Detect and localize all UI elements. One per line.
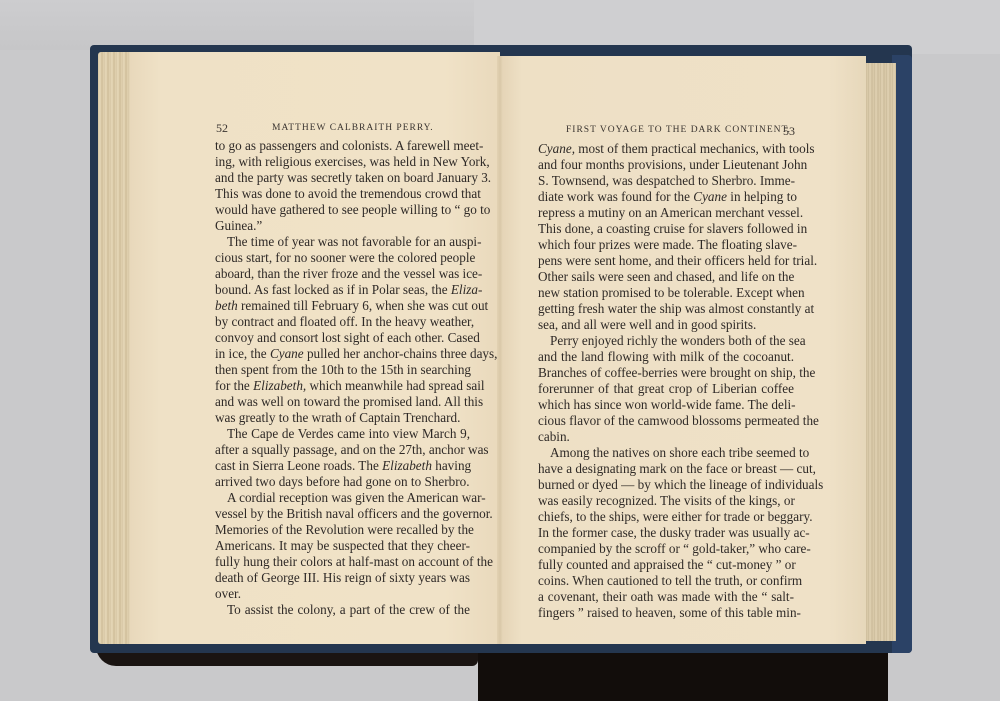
text-line: arrived two days before had gone on to S… [215,474,470,490]
text-line: pens were sent home, and their officers … [538,253,794,269]
text-line: was greatly to the wrath of Captain Tren… [215,410,470,426]
text-line: and the party was secretly taken on boar… [215,170,470,186]
text-line: and was well on toward the promised land… [215,394,470,410]
text-run: in ice, the [215,346,270,361]
italic-ship-name: Cyane [270,346,304,361]
text-line: The time of year was not favorable for a… [215,234,470,250]
page-edges-right [862,63,896,641]
italic-ship-name: Cyane [693,189,727,204]
text-run: for the [215,378,253,393]
text-line: and the land flowing with milk of the co… [538,349,794,365]
right-page-number: 53 [783,124,795,139]
text-line: Branches of coffee-berries were brought … [538,365,794,381]
text-line: S. Townsend, was despatched to Sherbro. … [538,173,794,189]
text-run: which meanwhile had spread sail [306,378,484,393]
text-line: death of George III. His reign of sixty … [215,570,470,586]
text-line: aboard, than the river froze and the ves… [215,266,470,282]
text-line: and four months provisions, under Lieute… [538,157,794,173]
text-line: then spent from the 10th to the 15th in … [215,362,470,378]
text-line: new station promised to be tolerable. Ex… [538,285,794,301]
text-run: most of them practical mechanics, with t… [575,141,815,156]
text-line: Guinea.” [215,218,470,234]
text-line: fingers ” raised to heaven, some of this… [538,605,794,621]
text-line: which has since won world-wide fame. The… [538,397,794,413]
right-running-head: FIRST VOYAGE TO THE DARK CONTINENT. [566,125,791,135]
text-line: bound. As fast locked as if in Polar sea… [215,282,470,298]
left-page-body: to go as passengers and colonists. A far… [215,138,470,618]
text-line: To assist the colony, a part of the crew… [215,602,470,618]
text-run: bound. As fast locked as if in Polar sea… [215,282,451,297]
text-line: a covenant, their oath was made with the… [538,589,794,605]
text-line: cious start, for no sooner were the colo… [215,250,470,266]
text-run: having [432,458,471,473]
text-line: over. [215,586,470,602]
text-line: coins. When cautioned to tell the truth,… [538,573,794,589]
text-line: diate work was found for the Cyane in he… [538,189,794,205]
text-line: by contract and floated off. In the heav… [215,314,470,330]
italic-ship-name: Elizabeth [382,458,432,473]
text-line: burned or dyed — by which the lineage of… [538,477,794,493]
text-line: cabin. [538,429,794,445]
text-line: in ice, the Cyane pulled her anchor-chai… [215,346,470,362]
left-running-head: MATTHEW CALBRAITH PERRY. [272,123,434,133]
text-line: Other sails were seen and chased, and li… [538,269,794,285]
text-run: diate work was found for the [538,189,693,204]
text-line: forerunner of that great crop of Liberia… [538,381,794,397]
book-gutter [497,56,503,644]
text-line: repress a mutiny on an American merchant… [538,205,794,221]
text-line: fully hung their colors at half-mast on … [215,554,470,570]
italic-ship-name: Elizabeth, [253,378,306,393]
text-line: Cyane, most of them practical mechanics,… [538,141,794,157]
text-line: vessel by the British naval officers and… [215,506,470,522]
text-line: have a designating mark on the face or b… [538,461,794,477]
text-run: pulled her anchor-chains three days, [304,346,498,361]
text-line: Memories of the Revolution were recalled… [215,522,470,538]
text-run: in helping to [727,189,797,204]
text-line: to go as passengers and colonists. A far… [215,138,470,154]
italic-ship-name: beth [215,298,238,313]
text-line: This was done to avoid the tremendous cr… [215,186,470,202]
text-line: cast in Sierra Leone roads. The Elizabet… [215,458,470,474]
text-line: cious flavor of the camwood blossoms per… [538,413,794,429]
text-line: would have gathered to see people willin… [215,202,470,218]
text-line: beth remained till February 6, when she … [215,298,470,314]
text-line: Americans. It may be suspected that they… [215,538,470,554]
text-line: Perry enjoyed richly the wonders both of… [538,333,794,349]
text-line: which four prizes were made. The floatin… [538,237,794,253]
text-line: chiefs, to the ships, were either for tr… [538,509,794,525]
text-line: was easily recognized. The visits of the… [538,493,794,509]
text-line: In the former case, the dusky trader was… [538,525,794,541]
italic-ship-name: Eliza- [451,282,483,297]
text-line: for the Elizabeth, which meanwhile had s… [215,378,470,394]
text-line: Among the natives on shore each tribe se… [538,445,794,461]
italic-ship-name: Cyane, [538,141,575,156]
text-line: ing, with religious exercises, was held … [215,154,470,170]
left-page-number: 52 [216,121,228,136]
text-line: convoy and consort lost sight of each ot… [215,330,470,346]
text-line: The Cape de Verdes came into view March … [215,426,470,442]
text-line: companied by the scroff or “ gold-taker,… [538,541,794,557]
text-line: A cordial reception was given the Americ… [215,490,470,506]
text-line: sea, and all were well and in good spiri… [538,317,794,333]
text-line: This done, a coasting cruise for slavers… [538,221,794,237]
text-line: fully counted and appraised the “ cut-mo… [538,557,794,573]
text-run: cast in Sierra Leone roads. The [215,458,382,473]
right-page-body: Cyane, most of them practical mechanics,… [538,141,794,621]
text-line: getting fresh water the ship was almost … [538,301,794,317]
text-line: after a squally passage, and on the 27th… [215,442,470,458]
text-run: remained till February 6, when she was c… [238,298,489,313]
